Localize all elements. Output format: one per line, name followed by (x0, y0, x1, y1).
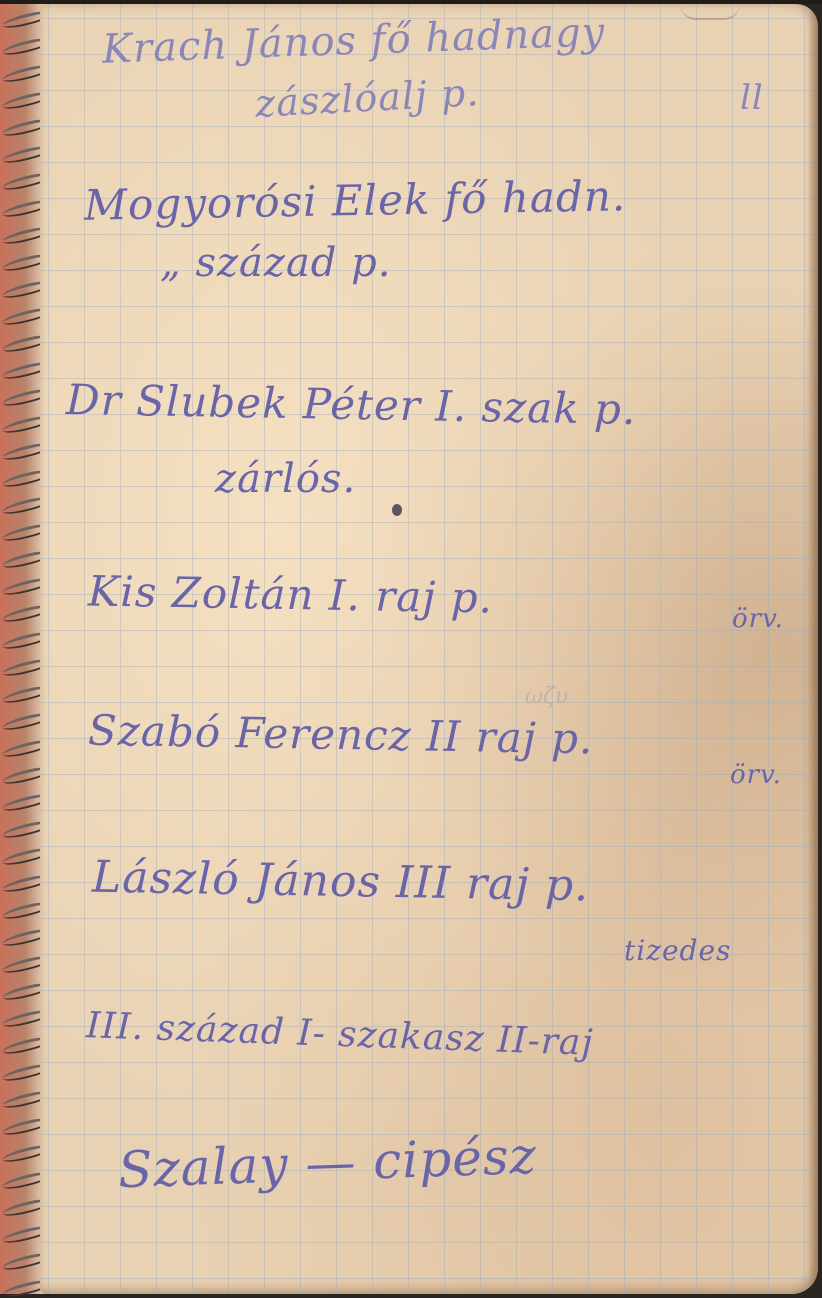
ink-blot (392, 504, 402, 516)
bleed-through-text: ωζυ (525, 684, 568, 709)
handwriting-sup-7: örv. (732, 604, 784, 634)
handwriting-line-10: tizedes (624, 934, 731, 967)
handwriting-mark: ll (740, 78, 764, 118)
page-edge-shadow (808, 4, 818, 1294)
notebook-page: Krach János fő hadnagy zászlóalj p. ll M… (40, 4, 818, 1294)
stamp-mark (680, 4, 740, 20)
handwriting-line-3: Mogyorósi Elek fő hadn. (84, 171, 627, 229)
handwriting-sup-8: örv. (730, 760, 782, 790)
handwriting-line-6: zárlós. (215, 456, 356, 502)
handwriting-line-5: Dr Slubek Péter I. szak p. (66, 375, 637, 434)
handwriting-line-4: „ század p. (160, 240, 391, 286)
handwriting-line-9: László János III raj p. (92, 852, 590, 912)
handwriting-line-8: Szabó Ferencz II raj p. (88, 706, 594, 764)
handwriting-line-7: Kis Zoltán I. raj p. (88, 566, 494, 622)
